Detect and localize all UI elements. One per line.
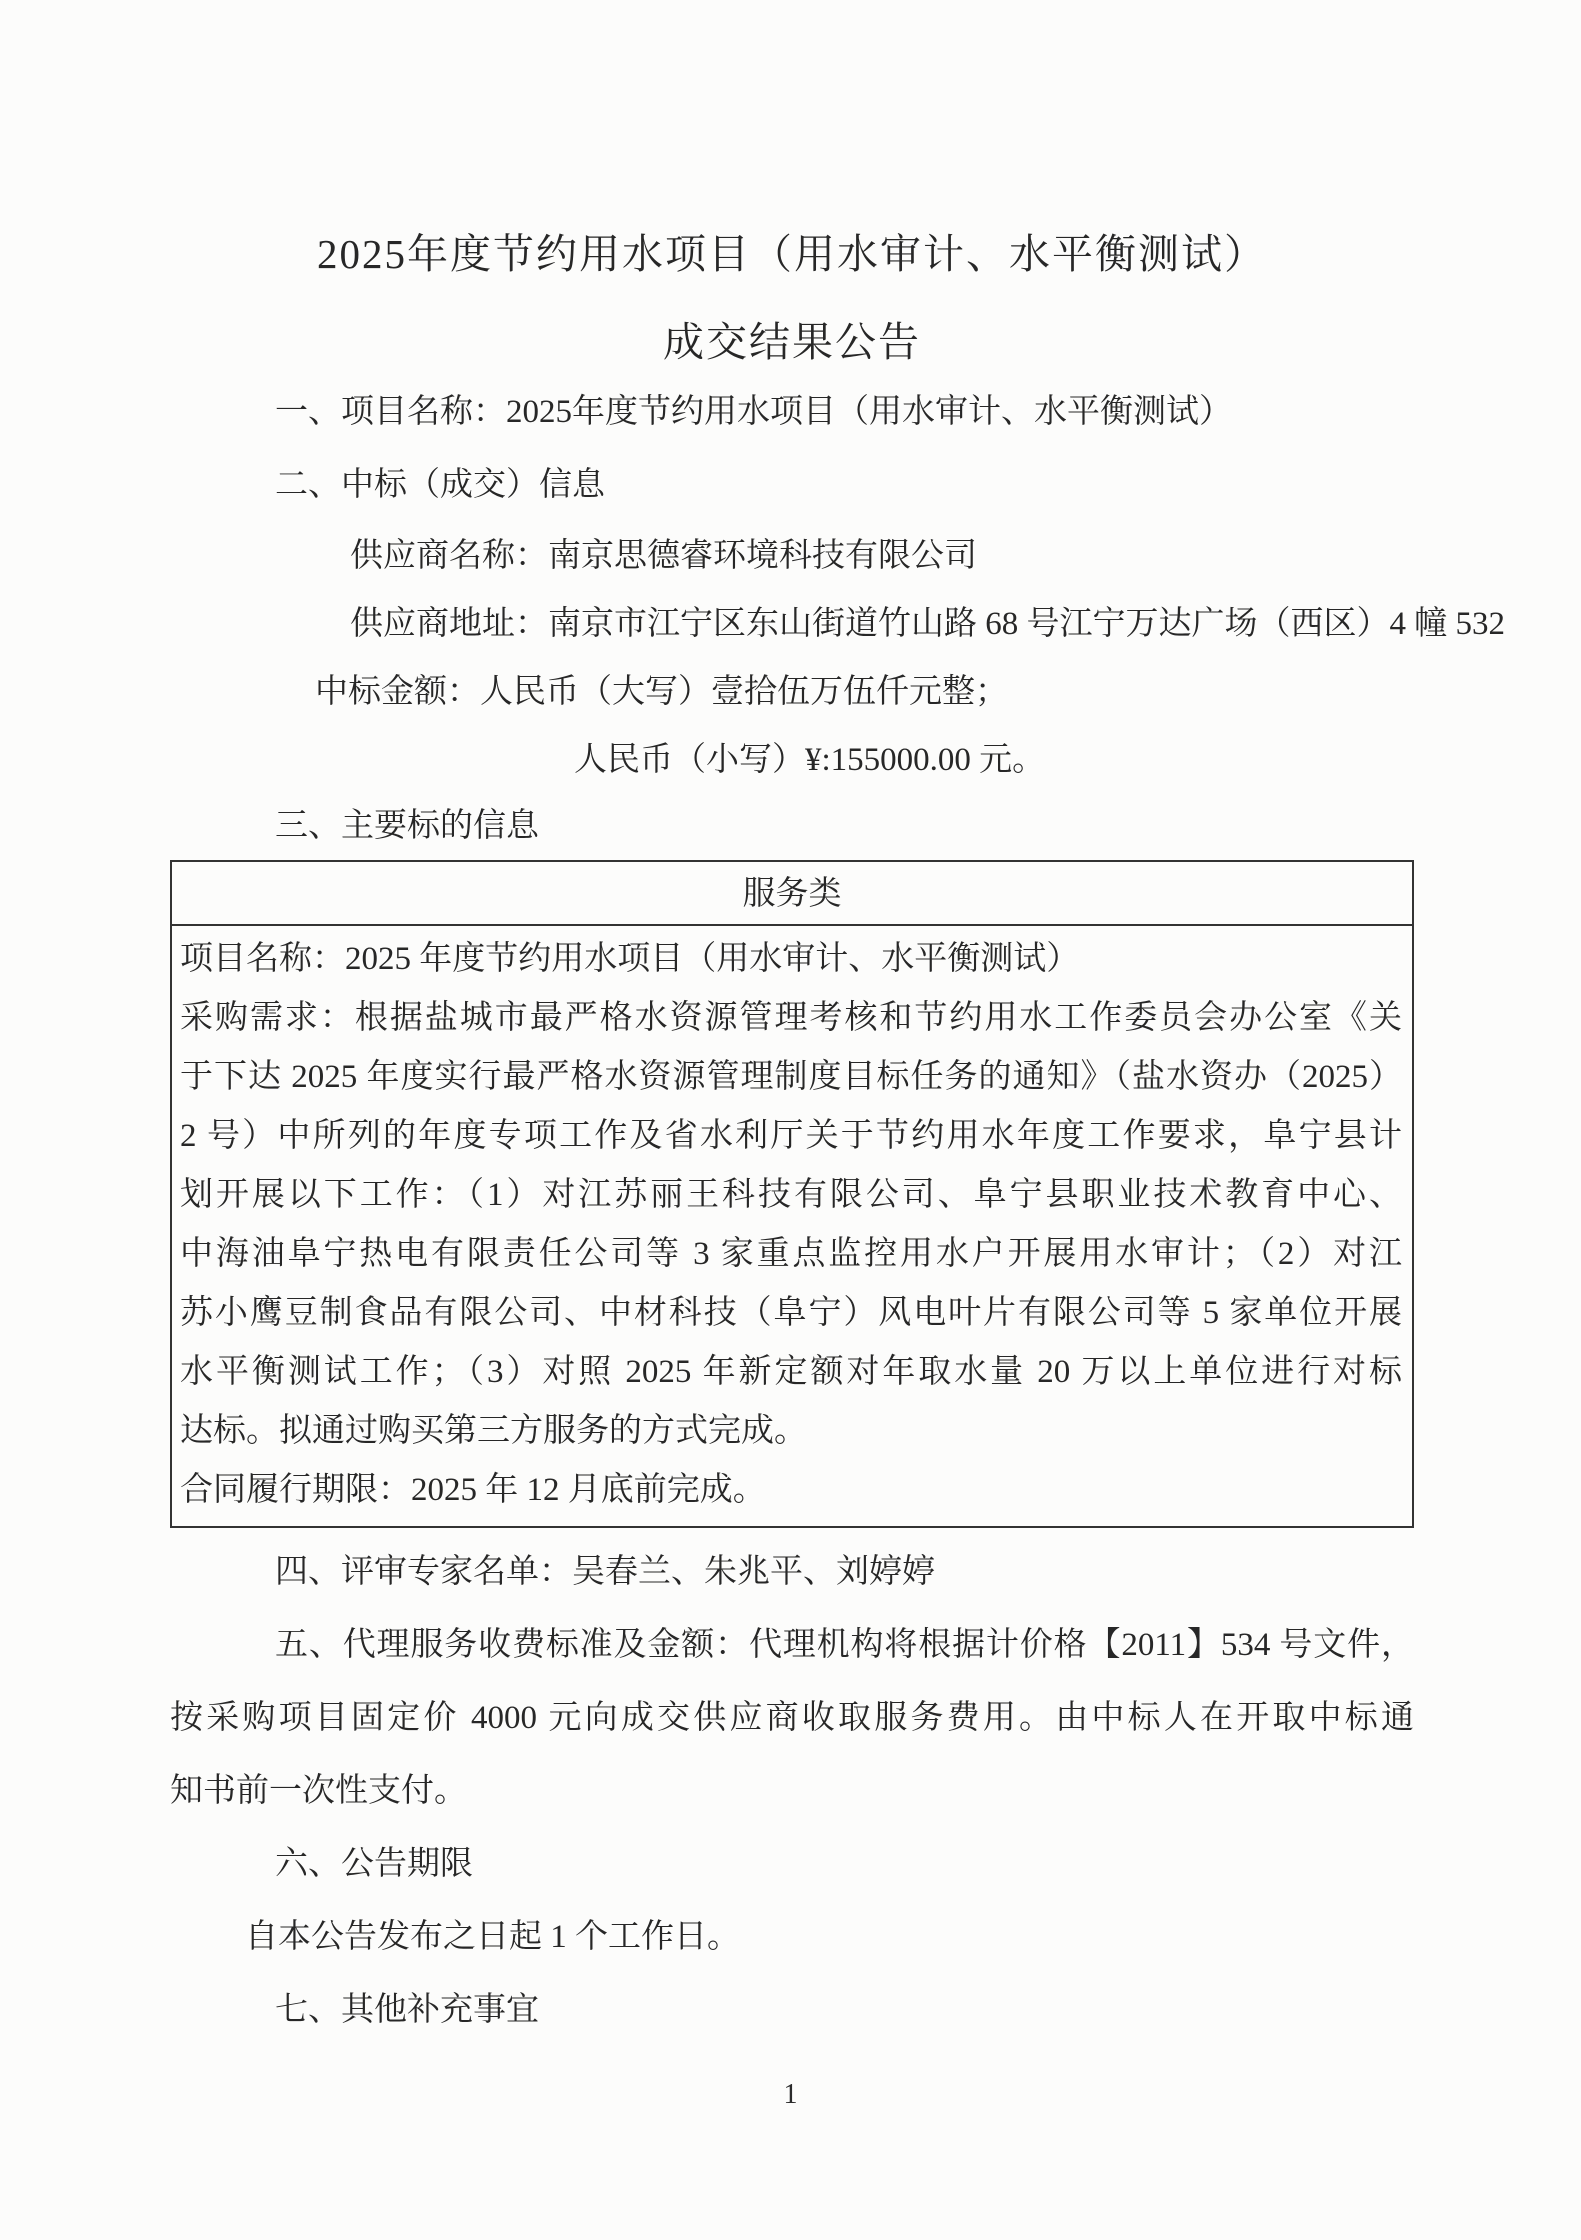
document-content: 2025年度节约用水项目（用水审计、水平衡测试） 成交结果公告 一、项目名称：2… — [170, 0, 1414, 2047]
supplier-address-line: 供应商地址：南京市江宁区东山街道竹山路 68 号江宁万达广场（西区）4 幢 53… — [170, 590, 1414, 658]
table-body-line: 项目名称：2025 年度节约用水项目（用水审计、水平衡测试） — [180, 930, 1402, 989]
section-other-matters-heading: 七、其他补充事宜 — [170, 1974, 1414, 2047]
table-header-service-category: 服务类 — [172, 862, 1412, 926]
section-agency-fee-line: 五、代理服务收费标准及金额：代理机构将根据计价格【2011】534 号文件， — [170, 1609, 1414, 1682]
page-title: 2025年度节约用水项目（用水审计、水平衡测试） — [170, 228, 1414, 280]
table-body-line: 达标。拟通过购买第三方服务的方式完成。 — [180, 1402, 1402, 1461]
document-page: 2025年度节约用水项目（用水审计、水平衡测试） 成交结果公告 一、项目名称：2… — [0, 0, 1581, 2240]
award-amount-words-line: 中标金额：人民币（大写）壹拾伍万伍仟元整； — [170, 658, 1414, 726]
award-amount-figures-line: 人民币（小写）¥:155000.00 元。 — [170, 726, 1414, 794]
section-agency-fee-line: 知书前一次性支付。 — [170, 1755, 1414, 1828]
section-subject-info-heading: 三、主要标的信息 — [170, 794, 1414, 858]
section-experts-line: 四、评审专家名单：吴春兰、朱兆平、刘婷婷 — [170, 1536, 1414, 1609]
table-body-line: 水平衡测试工作；（3）对照 2025 年新定额对年取水量 20 万以上单位进行对… — [180, 1343, 1402, 1402]
table-body-line: 2 号）中所列的年度专项工作及省水利厅关于节约用水年度工作要求，阜宁县计 — [180, 1107, 1402, 1166]
table-body-line: 合同履行期限：2025 年 12 月底前完成。 — [180, 1461, 1402, 1520]
section-award-info-heading: 二、中标（成交）信息 — [170, 449, 1414, 522]
subject-info-table: 服务类 项目名称：2025 年度节约用水项目（用水审计、水平衡测试） 采购需求：… — [170, 860, 1414, 1528]
section-project-name: 一、项目名称：2025年度节约用水项目（用水审计、水平衡测试） — [170, 376, 1414, 449]
announcement-subtitle: 成交结果公告 — [170, 316, 1414, 368]
table-body-line: 采购需求：根据盐城市最严格水资源管理考核和节约用水工作委员会办公室《关 — [180, 989, 1402, 1048]
table-body-line: 于下达 2025 年度实行最严格水资源管理制度目标任务的通知》（盐水资办（202… — [180, 1048, 1402, 1107]
table-body-line: 划开展以下工作：（1）对江苏丽王科技有限公司、阜宁县职业技术教育中心、 — [180, 1166, 1402, 1225]
page-number: 1 — [0, 2078, 1581, 2112]
table-body-cell: 项目名称：2025 年度节约用水项目（用水审计、水平衡测试） 采购需求：根据盐城… — [172, 926, 1412, 1526]
section-agency-fee-line: 按采购项目固定价 4000 元向成交供应商收取服务费用。由中标人在开取中标通 — [170, 1682, 1414, 1755]
table-body-line: 苏小鹰豆制食品有限公司、中材科技（阜宁）风电叶片有限公司等 5 家单位开展 — [180, 1284, 1402, 1343]
supplier-name-line: 供应商名称：南京思德睿环境科技有限公司 — [170, 522, 1414, 590]
section-announcement-period-heading: 六、公告期限 — [170, 1828, 1414, 1901]
table-body-line: 中海油阜宁热电有限责任公司等 3 家重点监控用水户开展用水审计；（2）对江 — [180, 1225, 1402, 1284]
announcement-period-body: 自本公告发布之日起 1 个工作日。 — [170, 1901, 1414, 1974]
